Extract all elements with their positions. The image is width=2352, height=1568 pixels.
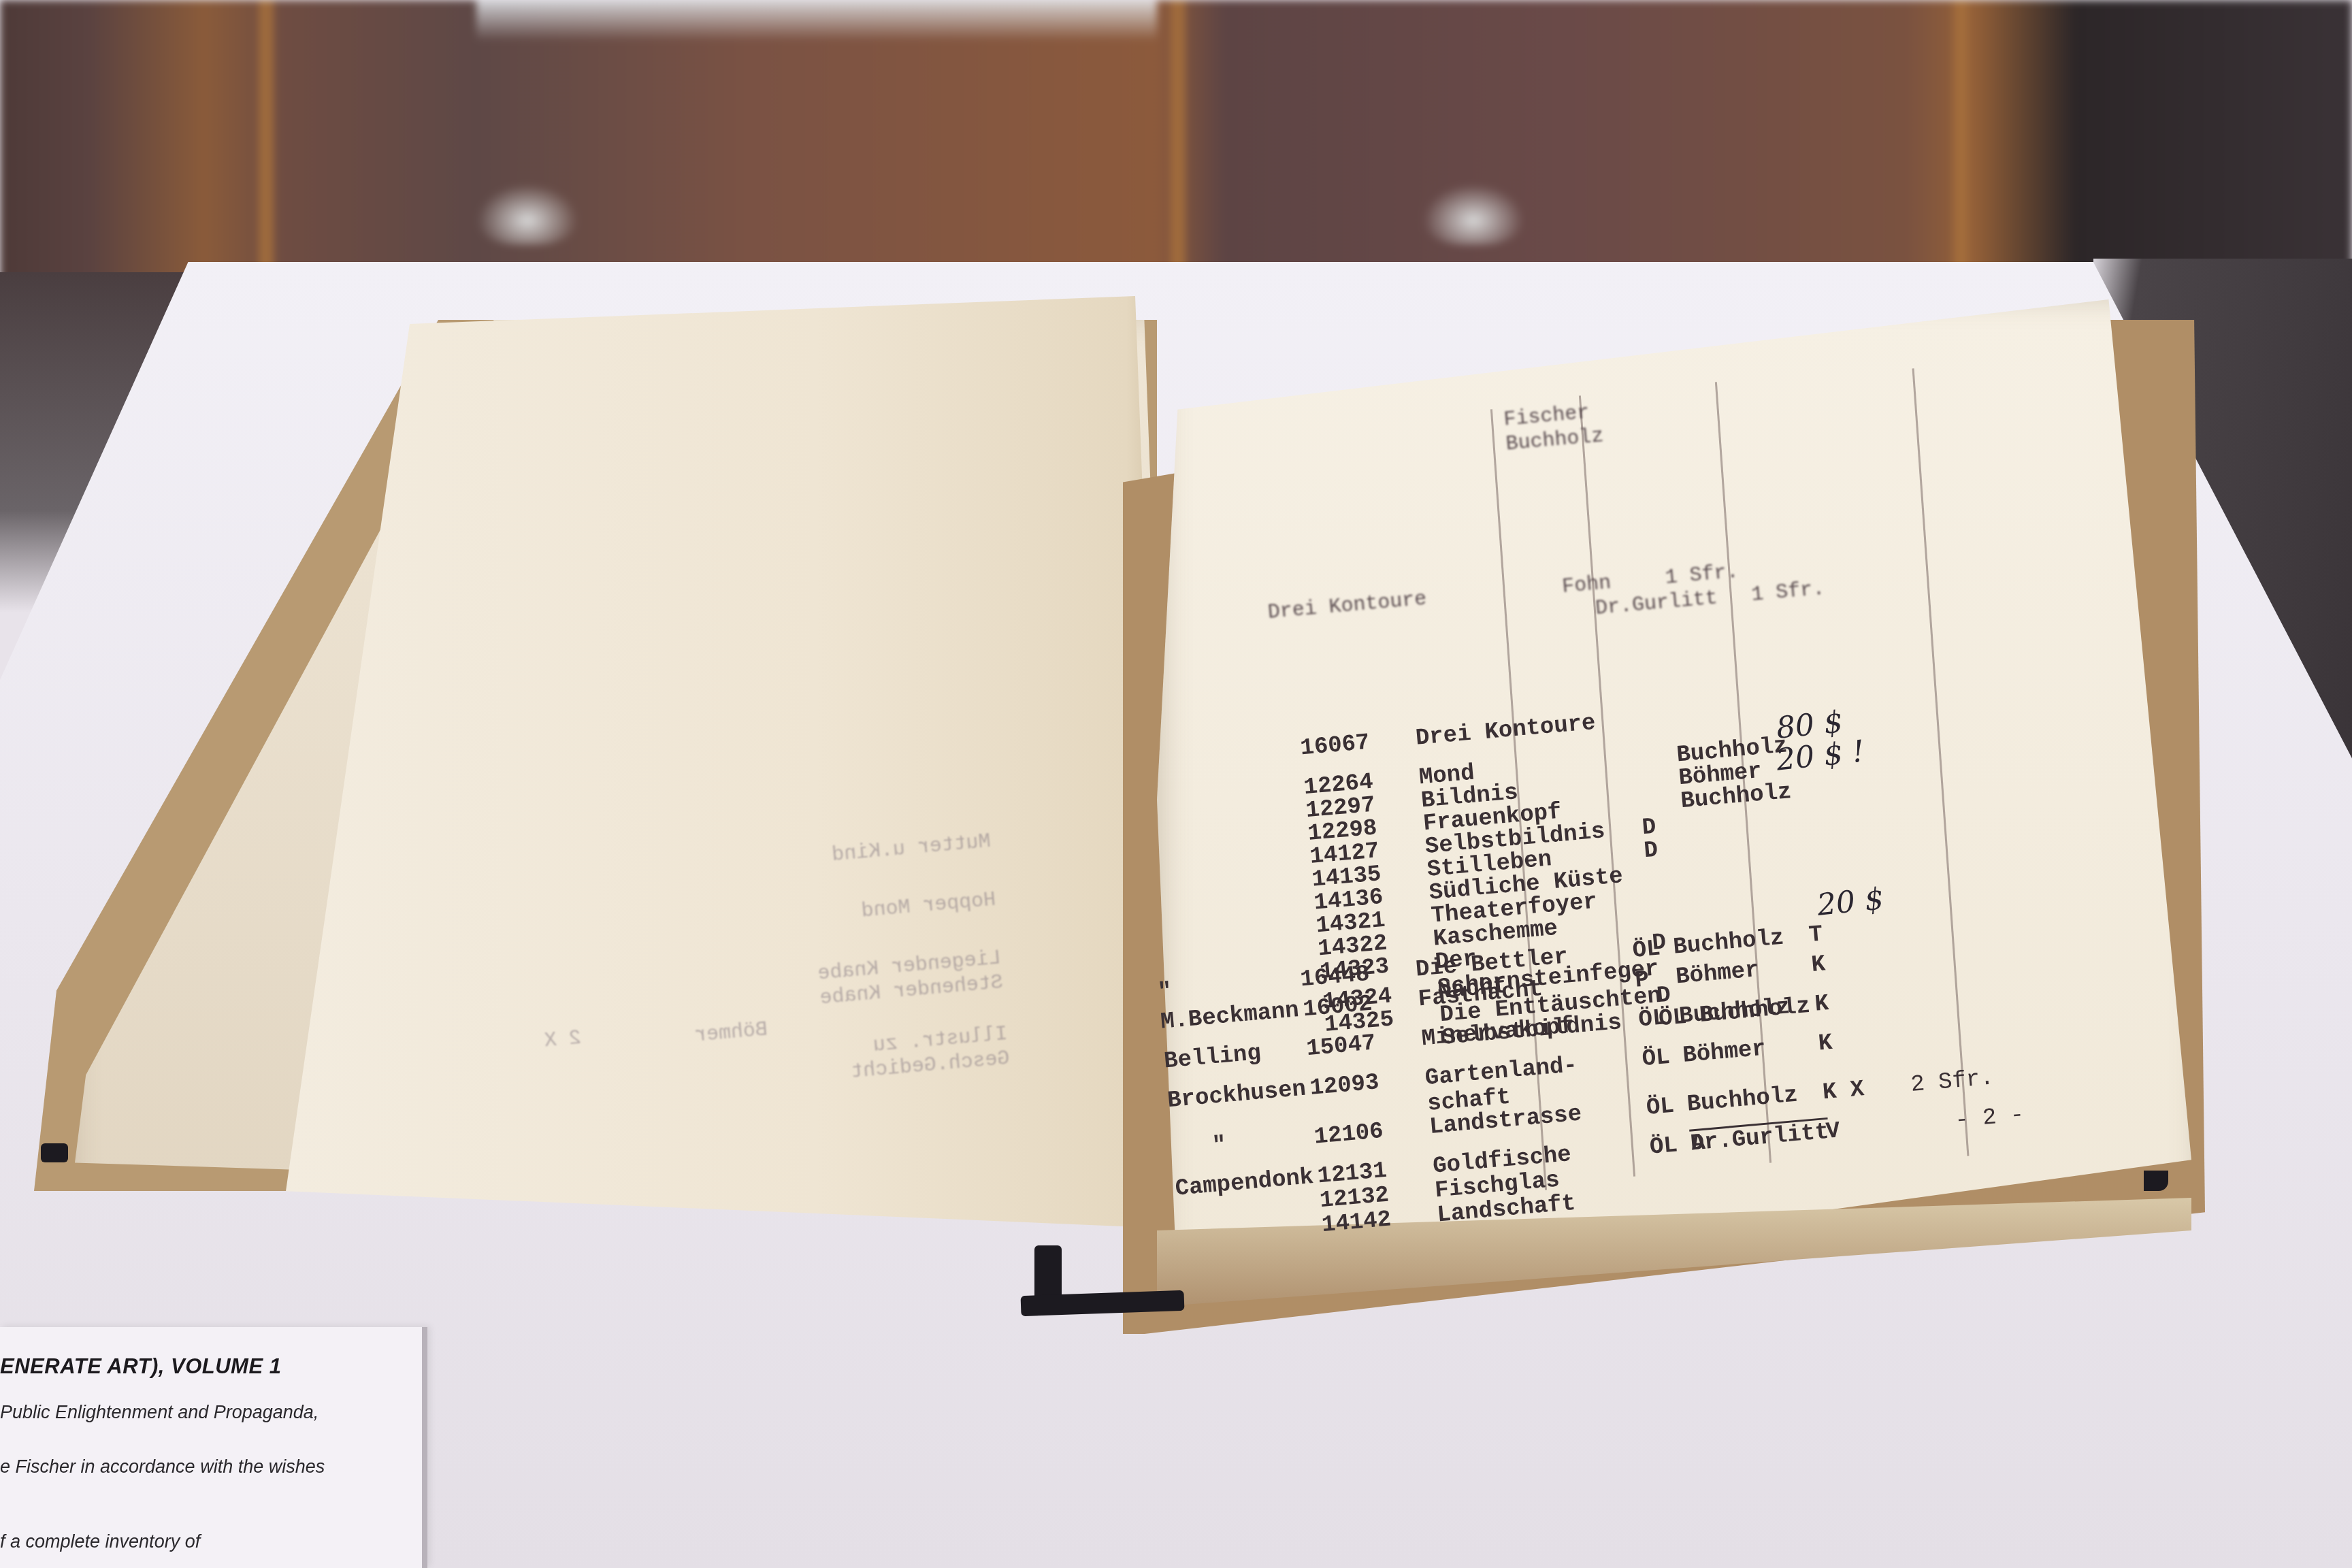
corner-clip xyxy=(2144,1171,2168,1191)
caption-line: e Fischer in accordance with the wishes xyxy=(0,1456,325,1477)
inventory-number: 16067 xyxy=(1299,730,1371,762)
caption-line: f a complete inventory of xyxy=(0,1531,200,1552)
inventory-number: 15047 xyxy=(1305,1030,1377,1062)
inventory-number: 12106 xyxy=(1313,1119,1384,1151)
caption-line: Public Enlightenment and Propaganda, xyxy=(0,1402,318,1423)
left-page xyxy=(286,296,1171,1228)
disposition-mark: K xyxy=(1814,991,1830,1018)
disposition-mark: K xyxy=(1817,1030,1833,1058)
technique-code: ÖL xyxy=(1641,1045,1671,1073)
disposition-mark: V xyxy=(1825,1118,1842,1145)
exhibit-caption-card: ENERATE ART), VOLUME 1 Public Enlightenm… xyxy=(0,1327,427,1568)
caption-title: ENERATE ART), VOLUME 1 xyxy=(0,1354,281,1379)
technique-code: P xyxy=(1634,967,1650,994)
left-page-bleed-through: Mutter u.Kind Hopper Mond Liegender Knab… xyxy=(806,830,1011,1087)
handwritten-price: 20 $ xyxy=(1816,881,1886,923)
inventory-number: 16002 xyxy=(1302,992,1373,1024)
inventory-number: 16448 xyxy=(1299,962,1371,994)
disposition-mark: T xyxy=(1808,922,1824,949)
technique-code: ÖL xyxy=(1646,1094,1676,1122)
bleed-line: Hopper Mond xyxy=(811,888,996,928)
disposition-mark: K X xyxy=(1822,1077,1865,1106)
disposition-mark: K xyxy=(1810,951,1827,979)
corner-clip xyxy=(41,1143,68,1162)
left-page-bleed-mark: 2 X xyxy=(544,1026,583,1054)
technique-code: ÖL xyxy=(1631,936,1661,964)
technique-code: ÖL xyxy=(1637,1005,1667,1033)
